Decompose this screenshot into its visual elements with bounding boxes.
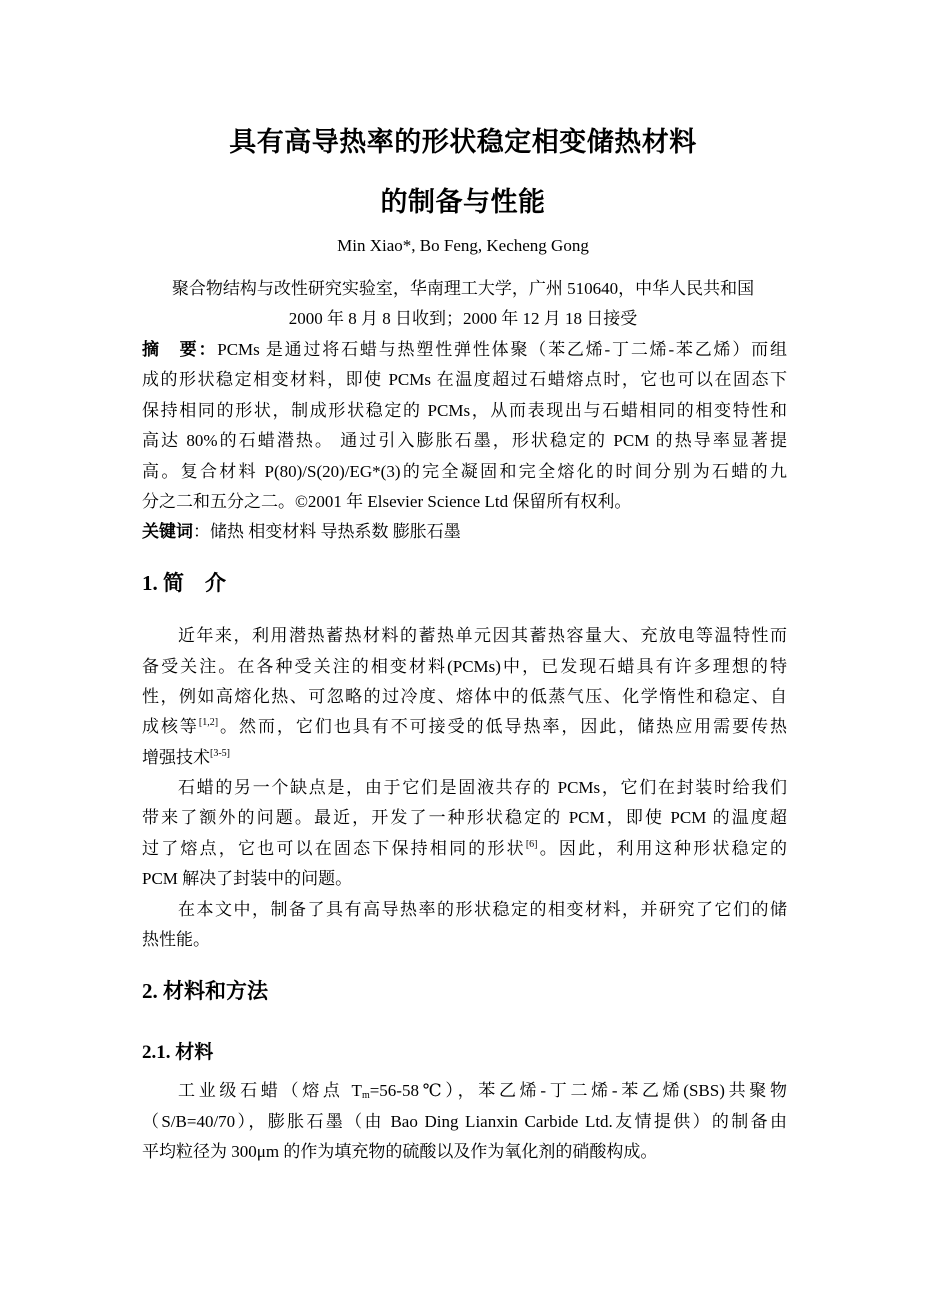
paper-title-line-2: 的制备与性能 (0, 180, 926, 219)
keywords: 关键词：储热 相变材料 导热系数 膨胀石墨 (142, 517, 787, 542)
keywords-list: ：储热 相变材料 导热系数 膨胀石墨 (193, 522, 461, 541)
paper-title-line-1: 具有高导热率的形状稳定相变储热材料 (0, 120, 926, 159)
document-page: 具有高导热率的形状稳定相变储热材料 的制备与性能 Min Xiao*, Bo F… (0, 0, 926, 1309)
citation[interactable]: [6] (526, 839, 538, 850)
abstract-line: 保持相同的形状，制成形状稳定的 PCMs，从而表现出与石蜡相同的相变特性和 (142, 396, 787, 421)
received-accepted-dates: 2000 年 8 月 8 日收到；2000 年 12 月 18 日接受 (0, 304, 926, 329)
abstract-line: 高达 80%的石蜡潜热。 通过引入膨胀石墨，形状稳定的 PCM 的热导率显著提 (142, 426, 787, 451)
section-2-heading: 2. 材料和方法 (142, 975, 268, 1005)
abstract-line: 高。复合材料 P(80)/S(20)/EG*(3)的完全凝固和完全熔化的时间分别… (142, 457, 787, 482)
abstract-label: 摘 要： (142, 340, 217, 360)
keywords-label: 关键词 (142, 522, 193, 542)
affiliation: 聚合物结构与改性研究实验室，华南理工大学，广州 510640，中华人民共和国 (0, 274, 926, 299)
citation[interactable]: [1,2] (199, 717, 218, 728)
abstract-line: 摘 要：PCMs 是通过将石蜡与热塑性弹性体聚（苯乙烯-丁二烯-苯乙烯）而组 (142, 335, 787, 360)
abstract-line: 成的形状稳定相变材料，即使 PCMs 在温度超过石蜡熔点时，它也可以在固态下 (142, 365, 787, 390)
authors: Min Xiao*, Bo Feng, Kecheng Gong (0, 236, 926, 256)
abstract-line: 分之二和五分之二。©2001 年 Elsevier Science Ltd 保留… (142, 487, 787, 512)
citation[interactable]: [3-5] (210, 748, 230, 759)
section-2-1-heading: 2.1. 材料 (142, 1037, 213, 1064)
section-1-heading: 1. 简 介 (142, 567, 226, 597)
